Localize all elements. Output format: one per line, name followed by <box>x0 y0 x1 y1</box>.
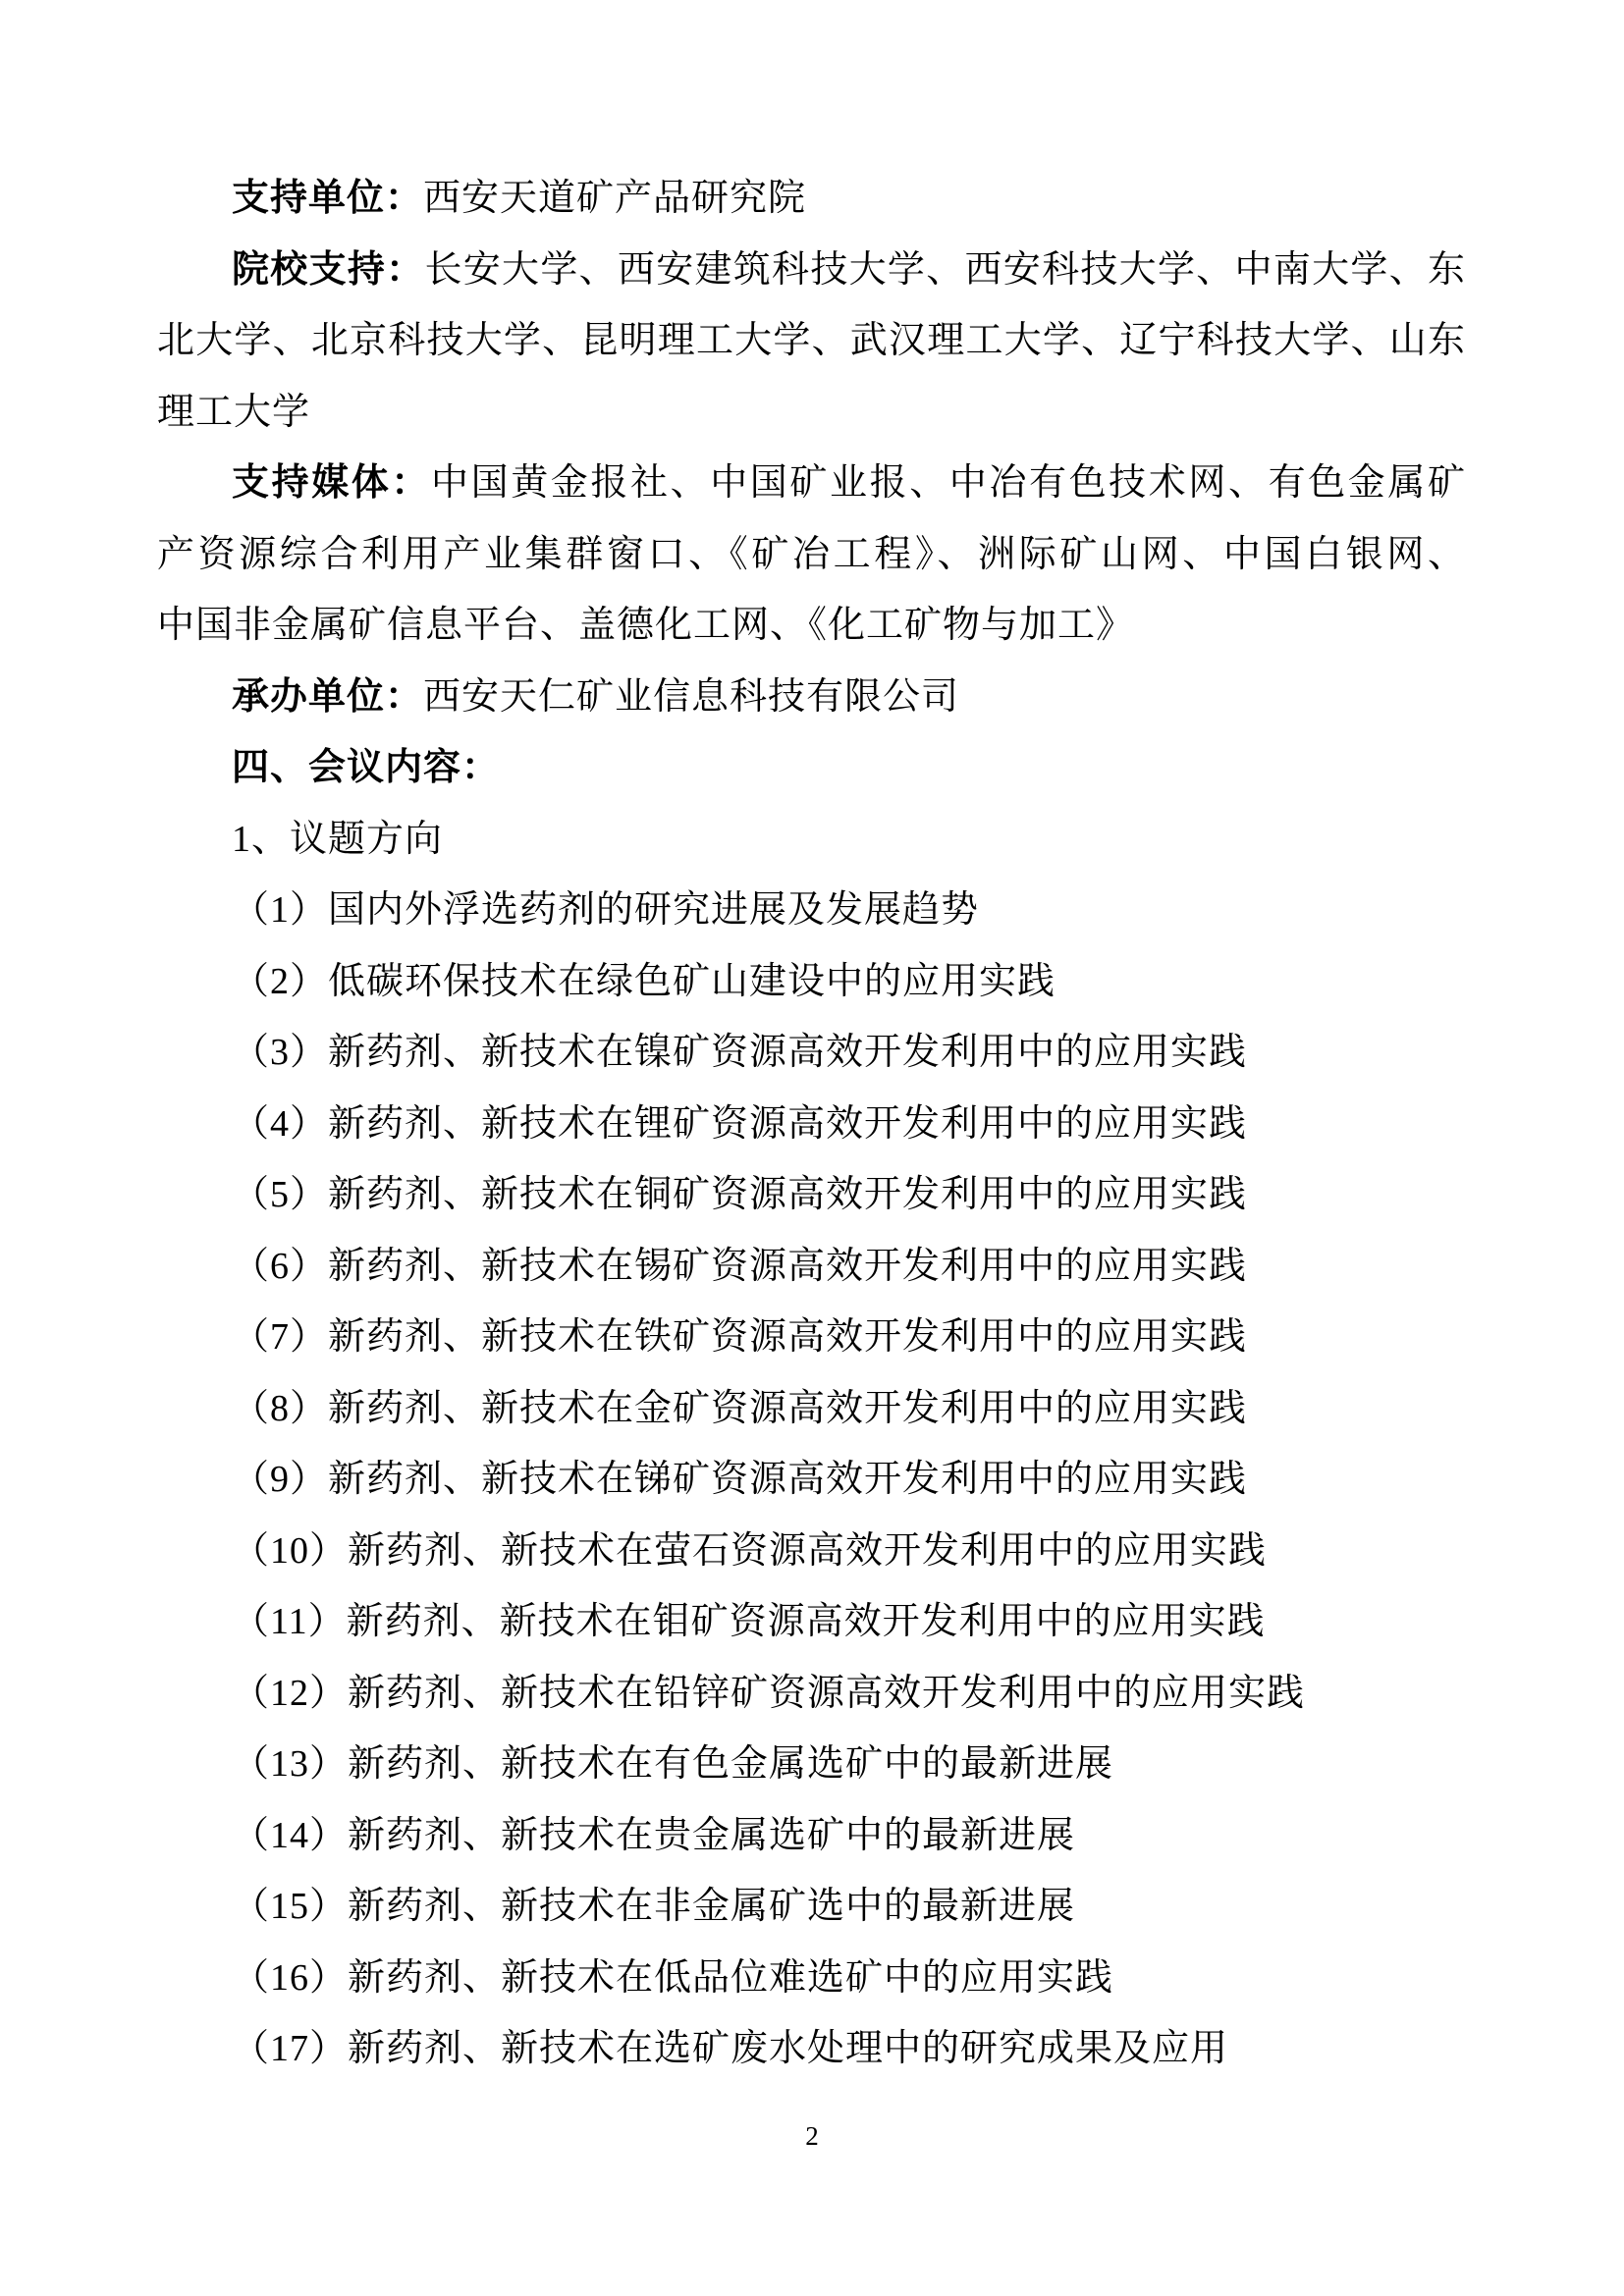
topic-item-2: （2）低碳环保技术在绿色矿山建设中的应用实践 <box>157 946 1466 1018</box>
topic-item-3: （3）新药剂、新技术在镍矿资源高效开发利用中的应用实践 <box>157 1017 1466 1089</box>
topic-item-14: （14）新药剂、新技术在贵金属选矿中的最新进展 <box>157 1800 1466 1872</box>
page-number: 2 <box>0 2116 1624 2156</box>
media-label: 支持媒体： <box>232 462 431 504</box>
topic-item-12-text: （12）新药剂、新技术在铅锌矿资源高效开发利用中的应用实践 <box>232 1673 1305 1714</box>
topic-item-1: （1）国内外浮选药剂的研究进展及发展趋势 <box>157 875 1466 946</box>
topics-heading-text: 1、议题方向 <box>232 819 443 860</box>
topic-item-3-text: （3）新药剂、新技术在镍矿资源高效开发利用中的应用实践 <box>232 1032 1247 1073</box>
media-text-1: 中国黄金报社、中国矿业报、中冶有色技术网、有色金属矿 <box>431 462 1466 504</box>
topic-item-9-text: （9）新药剂、新技术在锑矿资源高效开发利用中的应用实践 <box>232 1459 1247 1500</box>
topic-item-17: （17）新药剂、新技术在选矿废水处理中的研究成果及应用 <box>157 2013 1466 2085</box>
colleges-label: 院校支持： <box>232 249 424 291</box>
colleges-text-2: 北大学、北京科技大学、昆明理工大学、武汉理工大学、辽宁科技大学、山东 <box>157 320 1466 361</box>
line-media-3: 中国非金属矿信息平台、盖德化工网、《化工矿物与加工》 <box>157 590 1466 662</box>
topic-item-11-text: （11）新药剂、新技术在钼矿资源高效开发利用中的应用实践 <box>232 1601 1266 1642</box>
topic-item-12: （12）新药剂、新技术在铅锌矿资源高效开发利用中的应用实践 <box>157 1658 1466 1730</box>
document-body: 支持单位：西安天道矿产品研究院 院校支持：长安大学、西安建筑科技大学、西安科技大… <box>157 163 1466 2085</box>
topic-item-7-text: （7）新药剂、新技术在铁矿资源高效开发利用中的应用实践 <box>232 1316 1247 1358</box>
topic-item-4: （4）新药剂、新技术在锂矿资源高效开发利用中的应用实践 <box>157 1089 1466 1160</box>
topic-item-6-text: （6）新药剂、新技术在锡矿资源高效开发利用中的应用实践 <box>232 1246 1247 1287</box>
topic-item-9: （9）新药剂、新技术在锑矿资源高效开发利用中的应用实践 <box>157 1444 1466 1516</box>
topic-item-16: （16）新药剂、新技术在低品位难选矿中的应用实践 <box>157 1943 1466 2014</box>
topic-item-17-text: （17）新药剂、新技术在选矿废水处理中的研究成果及应用 <box>232 2028 1228 2069</box>
line-support-unit: 支持单位：西安天道矿产品研究院 <box>157 163 1466 235</box>
organizer-label: 承办单位： <box>232 676 423 718</box>
topic-item-5: （5）新药剂、新技术在铜矿资源高效开发利用中的应用实践 <box>157 1159 1466 1231</box>
line-organizer: 承办单位：西安天仁矿业信息科技有限公司 <box>157 662 1466 733</box>
line-media-1: 支持媒体：中国黄金报社、中国矿业报、中冶有色技术网、有色金属矿 <box>157 448 1466 519</box>
topic-item-16-text: （16）新药剂、新技术在低品位难选矿中的应用实践 <box>232 1957 1113 1999</box>
line-colleges-3: 理工大学 <box>157 377 1466 449</box>
topic-item-14-text: （14）新药剂、新技术在贵金属选矿中的最新进展 <box>232 1815 1075 1856</box>
section-4-title: 四、会议内容： <box>232 747 500 788</box>
topic-item-10: （10）新药剂、新技术在萤石资源高效开发利用中的应用实践 <box>157 1516 1466 1587</box>
topic-item-15: （15）新药剂、新技术在非金属矿选中的最新进展 <box>157 1871 1466 1943</box>
line-media-2: 产资源综合利用产业集群窗口、《矿冶工程》、洲际矿山网、中国白银网、 <box>157 519 1466 591</box>
topic-item-5-text: （5）新药剂、新技术在铜矿资源高效开发利用中的应用实践 <box>232 1174 1247 1215</box>
topic-item-8-text: （8）新药剂、新技术在金矿资源高效开发利用中的应用实践 <box>232 1388 1247 1429</box>
media-text-3: 中国非金属矿信息平台、盖德化工网、《化工矿物与加工》 <box>157 605 1134 646</box>
document-page: 支持单位：西安天道矿产品研究院 院校支持：长安大学、西安建筑科技大学、西安科技大… <box>0 0 1624 2296</box>
topic-item-7: （7）新药剂、新技术在铁矿资源高效开发利用中的应用实践 <box>157 1302 1466 1373</box>
line-topics-heading: 1、议题方向 <box>157 804 1466 876</box>
topic-item-1-text: （1）国内外浮选药剂的研究进展及发展趋势 <box>232 889 979 931</box>
colleges-text-1: 长安大学、西安建筑科技大学、西安科技大学、中南大学、东 <box>424 249 1466 291</box>
heading-section-4: 四、会议内容： <box>157 732 1466 804</box>
topic-item-13-text: （13）新药剂、新技术在有色金属选矿中的最新进展 <box>232 1743 1113 1785</box>
support-unit-text: 西安天道矿产品研究院 <box>423 178 806 219</box>
topic-item-8: （8）新药剂、新技术在金矿资源高效开发利用中的应用实践 <box>157 1373 1466 1445</box>
topic-item-10-text: （10）新药剂、新技术在萤石资源高效开发利用中的应用实践 <box>232 1530 1267 1572</box>
support-unit-label: 支持单位： <box>232 178 423 219</box>
colleges-text-3: 理工大学 <box>157 392 310 433</box>
organizer-text: 西安天仁矿业信息科技有限公司 <box>423 676 959 718</box>
topic-item-4-text: （4）新药剂、新技术在锂矿资源高效开发利用中的应用实践 <box>232 1103 1247 1145</box>
topic-item-6: （6）新药剂、新技术在锡矿资源高效开发利用中的应用实践 <box>157 1231 1466 1303</box>
topic-item-11: （11）新药剂、新技术在钼矿资源高效开发利用中的应用实践 <box>157 1586 1466 1658</box>
topic-item-2-text: （2）低碳环保技术在绿色矿山建设中的应用实践 <box>232 961 1056 1002</box>
line-colleges-2: 北大学、北京科技大学、昆明理工大学、武汉理工大学、辽宁科技大学、山东 <box>157 305 1466 377</box>
topic-item-13: （13）新药剂、新技术在有色金属选矿中的最新进展 <box>157 1729 1466 1800</box>
line-colleges-1: 院校支持：长安大学、西安建筑科技大学、西安科技大学、中南大学、东 <box>157 235 1466 306</box>
topic-item-15-text: （15）新药剂、新技术在非金属矿选中的最新进展 <box>232 1886 1075 1927</box>
media-text-2: 产资源综合利用产业集群窗口、《矿冶工程》、洲际矿山网、中国白银网、 <box>157 534 1466 575</box>
